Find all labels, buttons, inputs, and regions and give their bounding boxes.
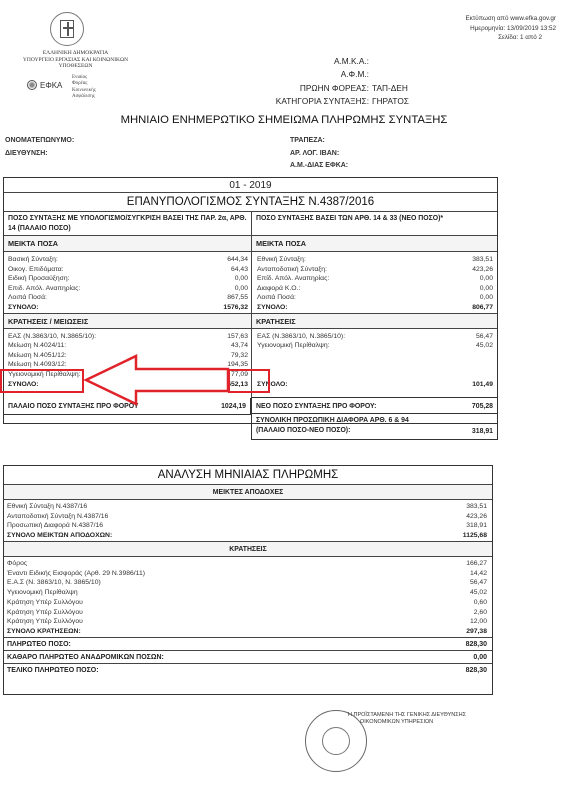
row-value: 43,74 (231, 341, 248, 351)
table-row: Υγειονομική Περίθαλψη:45,02 (252, 341, 497, 351)
row-label: Εθνική Σύνταξη Ν.4387/16 (7, 502, 87, 512)
row-label: ΣΥΝΟΛΟ ΚΡΑΤΗΣΕΩΝ: (7, 627, 81, 637)
total-row: ΣΥΝΟΛΟ ΜΕΙΚΤΩΝ ΑΠΟΔΟΧΩΝ:1125,68 (4, 531, 492, 542)
deductions-header: ΚΡΑΤΗΣΕΙΣ (4, 542, 492, 557)
table-row: Ανταποδοτική Σύνταξη Ν.4387/16423,26 (4, 512, 492, 522)
summary-label: ΠΛΗΡΩΤΕΟ ΠΟΣΟ: (7, 638, 71, 650)
row-label: Επίδ. Απόλ. Αναπηρίας: (257, 274, 329, 284)
row-label: Υγειονομική Περίθαλψη: (257, 341, 330, 351)
row-label: Ειδική Προσαύξηση: (8, 274, 70, 284)
new-deduction-rows: ΕΑΣ (Ν.3863/10, Ν.3865/10):56,47Υγειονομ… (252, 329, 497, 390)
summary-label: ΤΕΛΙΚΟ ΠΛΗΡΩΤΕΟ ΠΟΣΟ: (7, 664, 99, 677)
row-value: 79,32 (231, 351, 248, 361)
field-label: ΚΑΤΗΓΟΡΙΑ ΣΥΝΤΑΞΗΣ: (190, 95, 372, 108)
new-amount-column: ΠΟΣΟ ΣΥΝΤΑΞΗΣ ΒΑΣΕΙ ΤΩΝ ΑΡΘ. 14 & 33 (ΝΕ… (252, 212, 497, 423)
gross-earnings-header: ΜΕΙΚΤΕΣ ΑΠΟΔΟΧΕΣ (4, 485, 492, 500)
row-value: 166,27 (466, 559, 487, 569)
table-row: Λοιπά Ποσά:867,55 (4, 293, 251, 303)
table-row: Μείωση Ν.4024/11:43,74 (4, 341, 251, 351)
field-afm: Α.Φ.Μ.: (190, 68, 450, 81)
field-former-fund: ΠΡΩΗΝ ΦΟΡΕΑΣ:ΤΑΠ-ΔΕΗ (190, 82, 450, 95)
table-row: Επίδ. Απόλ. Αναπηρίας:0,00 (252, 274, 497, 284)
efka-subtitle: Ενιαίος Φορέας Κοινωνικής Ασφάλισης (72, 75, 96, 100)
personal-info-right: ΤΡΑΠΕΖΑ: ΑΡ. ΛΟΓ. IBAN: Α.Μ.-ΔΙΑΣ ΕΦΚΑ: (290, 135, 348, 173)
table-row: Υγειονομική Περίθαλψη45,02 (4, 588, 492, 598)
old-deductions-section: ΚΡΑΤΗΣΕΙΣ / ΜΕΙΩΣΕΙΣ (4, 313, 251, 329)
payment-summary: ΠΛΗΡΩΤΕΟ ΠΟΣΟ:828,30ΚΑΘΑΡΟ ΠΛΗΡΩΤΕΟ ΑΝΑΔ… (4, 638, 492, 677)
spacer (252, 360, 497, 370)
row-value: 0,60 (474, 598, 487, 608)
row-value: 0,00 (480, 293, 493, 303)
old-column-heading: ΠΟΣΟ ΣΥΝΤΑΞΗΣ ΜΕ ΥΠΟΛΟΓΙΣΜΟ/ΣΥΓΚΡΙΣΗ ΒΑΣ… (4, 212, 251, 236)
ministry-line: ΥΠΟΘΕΣΕΩΝ (8, 63, 143, 70)
diff-value: 318,91 (472, 427, 493, 437)
summary-label: ΚΑΘΑΡΟ ΠΛΗΡΩΤΕΟ ΑΝΑΔΡΟΜΙΚΩΝ ΠΟΣΩΝ: (7, 651, 164, 663)
new-gross-rows: Εθνική Σύνταξη:383,51Ανταποδοτική Σύνταξ… (252, 252, 497, 313)
row-value: 64,43 (231, 265, 248, 275)
field-value: ΓΗΡΑΤΟΣ (372, 95, 409, 108)
row-label: ΕΑΣ (Ν.3863/10, Ν.3865/10): (257, 332, 345, 342)
summary-value: 828,30 (466, 664, 487, 677)
table-row: Κράτηση Υπέρ Συλλόγου12,00 (4, 617, 492, 627)
table-row: Διαφορά Κ.Ο.:0,00 (252, 284, 497, 294)
table-row: Επιδ. Απόλ. Αναπηρίας:0,00 (4, 284, 251, 294)
greek-emblem-icon (50, 12, 84, 46)
field-label: Α.Μ.Κ.Α.: (190, 55, 372, 68)
row-value: 0,00 (235, 274, 248, 284)
row-value: 383,51 (466, 502, 487, 512)
summary-value: 828,30 (466, 638, 487, 650)
summary-row: ΠΛΗΡΩΤΕΟ ΠΟΣΟ:828,30 (4, 638, 492, 651)
row-label: Ανταποδοτική Σύνταξη: (257, 265, 327, 275)
table-row: Εθνική Σύνταξη:383,51 (252, 255, 497, 265)
total-row: ΣΥΝΟΛΟ:1576,32 (4, 303, 251, 313)
deduction-rows: Φόρος166,27Έναντι Ειδικής Εισφοράς (Αρθ.… (4, 557, 492, 638)
highlight-box-labels (0, 369, 84, 393)
row-value: 383,51 (472, 255, 493, 265)
row-label: Λοιπά Ποσά: (8, 293, 47, 303)
table-row: Προσωπική Διαφορά Ν.4387/16318,91 (4, 521, 492, 531)
row-label: Επιδ. Απόλ. Αναπηρίας: (8, 284, 80, 294)
page-number: Σελίδα: 1 από 2 (465, 33, 556, 43)
row-label: Μείωση Ν.4024/11: (8, 341, 66, 351)
table-row: ΕΑΣ (Ν.3863/10, Ν.3865/10):56,47 (252, 332, 497, 342)
row-value: 1576,32 (223, 303, 248, 313)
field-label: ΠΡΩΗΝ ΦΟΡΕΑΣ: (190, 82, 372, 95)
row-value: 297,38 (466, 627, 487, 637)
table-row: Ε.Α.Σ (Ν. 3863/10, Ν. 3865/10)56,47 (4, 578, 492, 588)
efka-logo: ΕΦΚΑ (27, 80, 62, 90)
print-info: Εκτύπωση από www.efka.gov.gr Ημερομηνία:… (465, 14, 556, 43)
field-pension-category: ΚΑΤΗΓΟΡΙΑ ΣΥΝΤΑΞΗΣ:ΓΗΡΑΤΟΣ (190, 95, 450, 108)
new-pre-tax-total: ΝΕΟ ΠΟΣΟ ΣΥΝΤΑΞΗΣ ΠΡΟ ΦΟΡΟΥ:705,28 (251, 397, 498, 414)
efka-sub-line: Ασφάλισης (72, 94, 96, 100)
row-label: Εθνική Σύνταξη: (257, 255, 306, 265)
row-label: Κράτηση Υπέρ Συλλόγου (7, 598, 83, 608)
efka-sub-line: Κοινωνικής (72, 88, 96, 94)
table-row: ΕΑΣ (Ν.3863/10, Ν.3865/10):157,63 (4, 332, 251, 342)
page-title: ΜΗΝΙΑΙΟ ΕΝΗΜΕΡΩΤΙΚΟ ΣΗΜΕΙΩΜΑ ΠΛΗΡΩΜΗΣ ΣΥ… (0, 114, 568, 126)
row-label: Ανταποδοτική Σύνταξη Ν.4387/16 (7, 512, 108, 522)
row-value: 101,49 (472, 380, 493, 390)
row-value: 318,91 (466, 521, 487, 531)
row-value: 56,47 (470, 578, 487, 588)
name-label: ΟΝΟΜΑΤΕΠΩΝΥΜΟ: (5, 135, 74, 148)
row-label: Ε.Α.Σ (Ν. 3863/10, Ν. 3865/10) (7, 578, 101, 588)
row-label: Κράτηση Υπέρ Συλλόγου (7, 608, 83, 618)
row-label: Κράτηση Υπέρ Συλλόγου (7, 617, 83, 627)
bank-label: ΤΡΑΠΕΖΑ: (290, 135, 348, 148)
new-deductions-section: ΚΡΑΤΗΣΕΙΣ (252, 313, 497, 329)
table-row: Ανταποδοτική Σύνταξη:423,26 (252, 265, 497, 275)
new-column-heading: ΠΟΣΟ ΣΥΝΤΑΞΗΣ ΒΑΣΕΙ ΤΩΝ ΑΡΘ. 14 & 33 (ΝΕ… (252, 212, 497, 236)
spacer (252, 370, 497, 380)
row-value: 0,00 (480, 274, 493, 284)
row-value: 157,63 (227, 332, 248, 342)
print-date: Ημερομηνία: 13/09/2019 13:52 (465, 24, 556, 34)
personal-difference-box: ΣΥΝΟΛΙΚΗ ΠΡΟΣΩΠΙΚΗ ΔΙΑΦΟΡΑ ΑΡΘ. 6 & 94 (… (251, 414, 498, 440)
row-label: ΣΥΝΟΛΟ: (8, 303, 39, 313)
ministry-name: ΕΛΛΗΝΙΚΗ ΔΗΜΟΚΡΑΤΙΑ ΥΠΟΥΡΓΕΙΟ ΕΡΓΑΣΙΑΣ Κ… (8, 50, 143, 70)
row-label: Μείωση Ν.4051/12: (8, 351, 67, 361)
efka-logo-text: ΕΦΚΑ (40, 81, 62, 90)
table-row: Φόρος166,27 (4, 559, 492, 569)
field-label: Α.Φ.Μ.: (190, 68, 372, 81)
recalculation-title: ΕΠΑΝΥΠΟΛΟΓΙΣΜΟΣ ΣΥΝΤΑΞΗΣ Ν.4387/2016 (4, 193, 497, 212)
table-row: Κράτηση Υπέρ Συλλόγου2,60 (4, 608, 492, 618)
row-value: 806,77 (472, 303, 493, 313)
table-row: Βασική Σύνταξη:644,34 (4, 255, 251, 265)
row-label: ΣΥΝΟΛΟ ΜΕΙΚΤΩΝ ΑΠΟΔΟΧΩΝ: (7, 531, 112, 541)
payment-analysis-table: ΑΝΑΛΥΣΗ ΜΗΝΙΑΙΑΣ ΠΛΗΡΩΜΗΣ ΜΕΙΚΤΕΣ ΑΠΟΔΟΧ… (3, 465, 493, 695)
row-value: 0,00 (235, 284, 248, 294)
new-gross-section: ΜΕΙΚΤΑ ΠΟΣΑ (252, 236, 497, 252)
table-row: Ειδική Προσαύξηση:0,00 (4, 274, 251, 284)
new-pre-tax-label: ΝΕΟ ΠΟΣΟ ΣΥΝΤΑΞΗΣ ΠΡΟ ΦΟΡΟΥ: (256, 398, 376, 415)
row-label: Υγειονομική Περίθαλψη (7, 588, 78, 598)
summary-row: ΚΑΘΑΡΟ ΠΛΗΡΩΤΕΟ ΑΝΑΔΡΟΜΙΚΩΝ ΠΟΣΩΝ:0,00 (4, 651, 492, 664)
row-label: ΣΥΝΟΛΟ: (257, 303, 288, 313)
row-label: Προσωπική Διαφορά Ν.4387/16 (7, 521, 103, 531)
total-row: ΣΥΝΟΛΟ ΚΡΑΤΗΣΕΩΝ:297,38 (4, 627, 492, 638)
row-value: 14,42 (470, 569, 487, 579)
summary-value: 0,00 (473, 651, 487, 663)
new-pre-tax-value: 705,28 (472, 398, 493, 415)
row-value: 12,00 (470, 617, 487, 627)
print-source: Εκτύπωση από www.efka.gov.gr (465, 14, 556, 24)
row-label: Διαφορά Κ.Ο.: (257, 284, 300, 294)
signature-line: ΟΙΚΟΝΟΜΙΚΩΝ ΥΠΗΡΕΣΙΩΝ (348, 719, 466, 726)
efka-id-label: Α.Μ.-ΔΙΑΣ ΕΦΚΑ: (290, 160, 348, 173)
old-gross-rows: Βασική Σύνταξη:644,34Οικογ. Επιδόματα:64… (4, 252, 251, 313)
table-row: Λοιπά Ποσά:0,00 (252, 293, 497, 303)
row-value: 867,55 (227, 293, 248, 303)
total-row: ΣΥΝΟΛΟ:101,49 (252, 380, 497, 390)
spacer (252, 351, 497, 361)
row-label: Λοιπά Ποσά: (257, 293, 296, 303)
row-value: 2,60 (474, 608, 487, 618)
row-label: Έναντι Ειδικής Εισφοράς (Αρθ. 29 Ν.3986/… (7, 569, 145, 579)
row-value: 1125,68 (463, 531, 487, 541)
row-label: Φόρος (7, 559, 27, 569)
highlight-box-values (228, 369, 270, 393)
iban-label: ΑΡ. ΛΟΓ. IBAN: (290, 148, 348, 161)
signature-line: Η ΠΡΟΪΣΤΑΜΕΝΗ ΤΗΣ ΓΕΝΙΚΗΣ ΔΙΕΥΘΥΝΣΗΣ (348, 712, 466, 719)
row-value: 0,00 (480, 284, 493, 294)
row-label: Οικογ. Επιδόματα: (8, 265, 64, 275)
row-value: 56,47 (476, 332, 493, 342)
analysis-title: ΑΝΑΛΥΣΗ ΜΗΝΙΑΙΑΣ ΠΛΗΡΩΜΗΣ (4, 466, 492, 485)
personal-info-left: ΟΝΟΜΑΤΕΠΩΝΥΜΟ: ΔΙΕΥΘΥΝΣΗ: (5, 135, 74, 160)
row-label: Βασική Σύνταξη: (8, 255, 58, 265)
table-row: Έναντι Ειδικής Εισφοράς (Αρθ. 29 Ν.3986/… (4, 569, 492, 579)
total-row: ΣΥΝΟΛΟ:806,77 (252, 303, 497, 313)
table-row: Κράτηση Υπέρ Συλλόγου0,60 (4, 598, 492, 608)
signature-block: Η ΠΡΟΪΣΤΑΜΕΝΗ ΤΗΣ ΓΕΝΙΚΗΣ ΔΙΕΥΘΥΝΣΗΣ ΟΙΚ… (348, 712, 466, 726)
old-gross-section: ΜΕΙΚΤΑ ΠΟΣΑ (4, 236, 251, 252)
efka-logo-icon (27, 80, 37, 90)
row-value: 45,02 (476, 341, 493, 351)
gross-earnings-rows: Εθνική Σύνταξη Ν.4387/16383,51Ανταποδοτι… (4, 500, 492, 542)
row-value: 423,26 (466, 512, 487, 522)
address-label: ΔΙΕΥΘΥΝΣΗ: (5, 148, 74, 161)
summary-row: ΤΕΛΙΚΟ ΠΛΗΡΩΤΕΟ ΠΟΣΟ:828,30 (4, 664, 492, 677)
row-label: ΕΑΣ (Ν.3863/10, Ν.3865/10): (8, 332, 96, 342)
row-value: 644,34 (227, 255, 248, 265)
header-fields: Α.Μ.Κ.Α.: Α.Φ.Μ.: ΠΡΩΗΝ ΦΟΡΕΑΣ:ΤΑΠ-ΔΕΗ Κ… (190, 55, 450, 108)
table-row: Οικογ. Επιδόματα:64,43 (4, 265, 251, 275)
row-value: 45,02 (470, 588, 487, 598)
left-arrow-icon (84, 352, 230, 408)
diff-label-line1: ΣΥΝΟΛΙΚΗ ΠΡΟΣΩΠΙΚΗ ΔΙΑΦΟΡΑ ΑΡΘ. 6 & 94 (256, 416, 493, 426)
diff-label-line2: (ΠΑΛΑΙΟ ΠΟΣΟ-ΝΕΟ ΠΟΣΟ): (256, 426, 493, 436)
table-row: Εθνική Σύνταξη Ν.4387/16383,51 (4, 502, 492, 512)
field-amka: Α.Μ.Κ.Α.: (190, 55, 450, 68)
row-value: 423,26 (472, 265, 493, 275)
field-value: ΤΑΠ-ΔΕΗ (372, 82, 408, 95)
period: 01 - 2019 (4, 178, 497, 193)
